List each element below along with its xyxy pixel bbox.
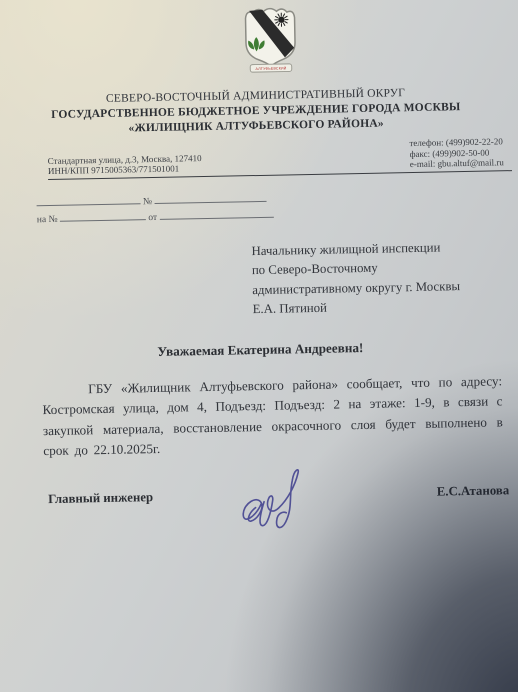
- document-photo: АЛТУФЬЕВСКИЙ СЕВЕРО-ВОСТОЧНЫЙ АДМИНИСТРА…: [0, 0, 518, 692]
- addressee-block: Начальнику жилищной инспекции по Северо-…: [251, 237, 502, 320]
- ribbon: АЛТУФЬЕВСКИЙ: [250, 64, 292, 72]
- ref-blank: [159, 207, 273, 219]
- number-sign-label: №: [143, 197, 152, 207]
- letter-page: АЛТУФЬЕВСКИЙ СЕВЕРО-ВОСТОЧНЫЙ АДМИНИСТРА…: [0, 0, 518, 692]
- salutation: Уважаемая Екатерина Андреевна!: [1, 337, 518, 363]
- coat-of-arms-icon: АЛТУФЬЕВСКИЙ: [237, 3, 304, 76]
- signer-name: Е.С.Атанова: [437, 483, 510, 499]
- coat-of-arms: АЛТУФЬЕВСКИЙ: [237, 3, 304, 81]
- signature-icon: [231, 452, 329, 540]
- ref-blank: [60, 210, 146, 222]
- reference-lines: № на № от: [36, 187, 517, 228]
- addressee-name: Е.А. Пятиной: [252, 295, 502, 319]
- ref-blank: [154, 191, 266, 203]
- ot-date-label: от: [148, 212, 157, 222]
- inn-kpp-line: ИНН/КПП 9715005363/771501001: [48, 163, 202, 176]
- signer-position: Главный инженер: [48, 490, 153, 507]
- handwritten-signature: [231, 452, 329, 545]
- email-line: e-mail: gbu.altuf@mail.ru: [410, 157, 504, 169]
- ref-blank: [36, 194, 140, 206]
- ribbon-text: АЛТУФЬЕВСКИЙ: [255, 66, 286, 71]
- signature-block: Главный инженер Е.С.Атанова: [4, 456, 518, 556]
- phone-block: телефон: (499)902-22-20 факс: (499)902-5…: [409, 136, 504, 169]
- postal-address: Стандартная улица, д.3, Москва, 127410 И…: [48, 153, 202, 177]
- letterhead-header: СЕВЕРО-ВОСТОЧНЫЙ АДМИНИСТРАТИВНЫЙ ОКРУГ …: [0, 84, 515, 139]
- letter-body: ГБУ «Жилищник Алтуфьевского района» сооб…: [42, 371, 503, 462]
- na-number-label: на №: [37, 214, 58, 224]
